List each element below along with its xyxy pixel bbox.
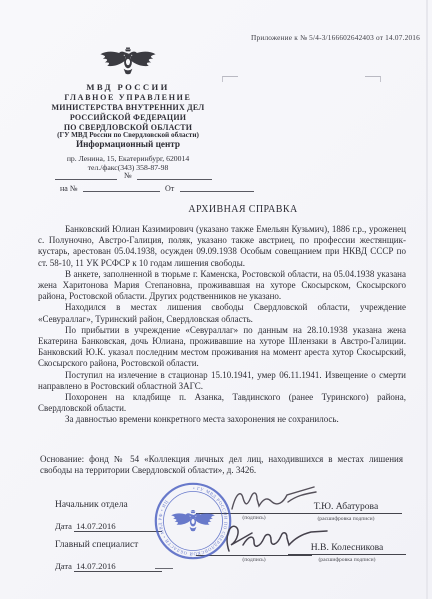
document-title: АРХИВНАЯ СПРАВКА [54,204,432,215]
org-name: МВД РОССИИ [20,82,236,92]
body-paragraph: Находился в местах лишения свободы Сверд… [38,302,406,324]
extra-blank-dash [155,566,173,569]
date-row-2: Дата 14.07.2016 [55,561,162,572]
body-paragraph: Поступил на излечение в стационар 15.10.… [38,370,406,392]
letterhead-line: РОССИЙСКОЙ ФЕДЕРАЦИИ [18,113,238,123]
department-name: Информационный центр [18,139,238,149]
body-paragraph: В анкете, заполненной в тюрьме г. Каменс… [38,269,406,303]
body-paragraph: Похоронен на кладбище п. Азанка, Тавдинс… [38,392,406,414]
outgoing-number-blank-line [55,172,117,180]
addressee-corner-mark-right [365,76,381,82]
date-row-1: Дата 14.07.2016 [55,521,162,532]
basis-paragraph: Основание: фонд № 54 «Коллекция личных д… [40,454,403,477]
org-abbreviation: (ГУ МВД России по Свердловской области) [18,131,238,139]
addressee-corner-mark-left [222,76,238,82]
mvd-eagle-emblem-icon [99,47,157,75]
handwritten-signature-2 [222,520,332,560]
document-body: Банковский Юлиан Казимирович (указано та… [38,224,406,426]
from-label: От [165,184,174,193]
scan-edge-artifact [426,0,428,599]
position-title-1: Начальник отдела [55,500,128,510]
official-round-stamp: • ГУ МВД РОССИИ ПО СВЕРДЛОВСКОЙ ОБЛАСТИ … [153,481,233,561]
date-label-1: Дата [55,521,72,531]
date-value-1: 14.07.2016 [74,521,162,532]
letterhead-org-lines: ГЛАВНОЕ УПРАВЛЕНИЕ МИНИСТЕРСТВА ВНУТРЕНН… [18,93,238,133]
reply-date-blank-line [180,184,254,192]
org-address: пр. Ленина, 15, Екатеринбург, 620014 [18,154,238,163]
body-paragraph: Банковский Юлиан Казимирович (указано та… [38,224,406,269]
position-title-2: Главный специалист [55,540,138,550]
annex-reference: Приложение к № 5/4-3/166602642403 от 14.… [251,33,420,42]
body-paragraph: По прибытии в учреждение «Севураллаг» по… [38,325,406,370]
date-label-2: Дата [55,561,72,571]
reply-number-blank-line [83,184,160,192]
outgoing-date-blank-line [137,172,212,180]
handwritten-signature-1 [228,485,320,515]
reply-to-label: на № [60,184,77,193]
document-page: Приложение к № 5/4-3/166602642403 от 14.… [0,0,432,599]
letterhead-line: МИНИСТЕРСТВА ВНУТРЕННИХ ДЕЛ [18,103,238,113]
number-label: № [124,171,132,180]
body-paragraph: За давностью времени конкретного места з… [38,414,406,425]
letterhead-line: ГЛАВНОЕ УПРАВЛЕНИЕ [18,93,238,103]
date-value-2: 14.07.2016 [74,561,162,572]
